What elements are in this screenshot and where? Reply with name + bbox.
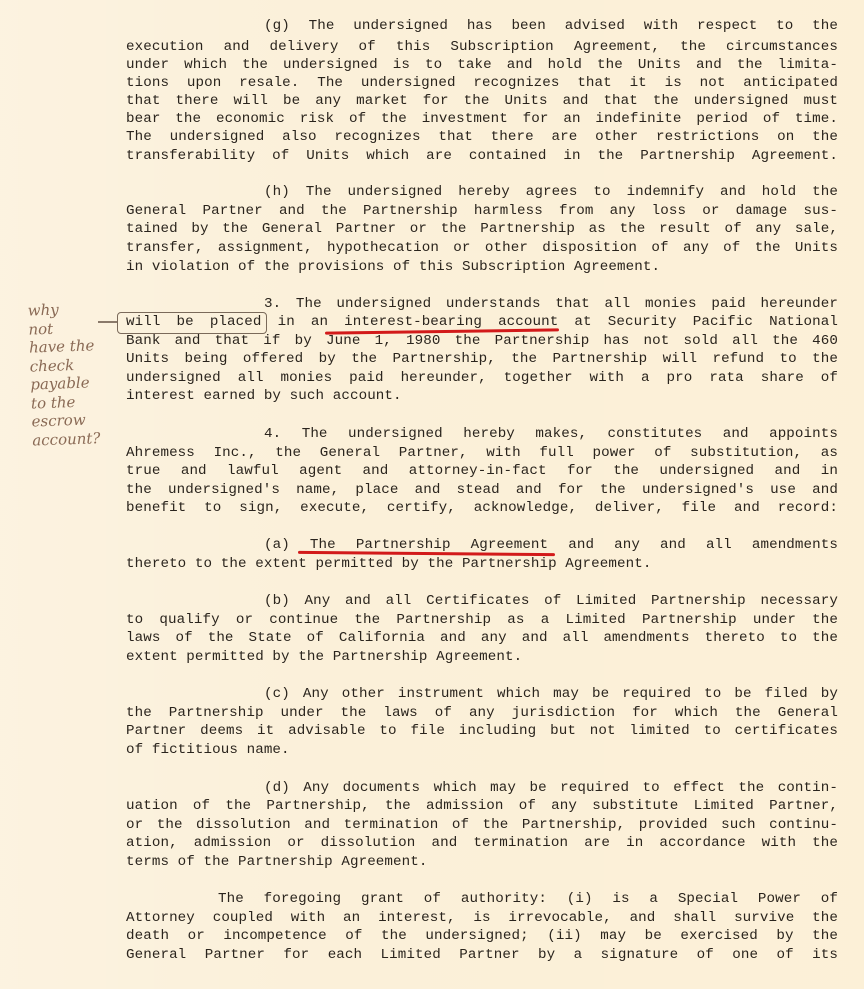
grant-of-authority-line: death or incompetence of the undersigned…: [126, 927, 838, 945]
clause-b-line: to qualify or continue the Partnership a…: [126, 611, 838, 629]
paragraph-g-line: transferability of Units which are conta…: [126, 147, 838, 165]
clause-c-line: Partner deems it advisable to file inclu…: [126, 722, 838, 740]
clause-c-line: the Partnership under the laws of any ju…: [126, 704, 838, 722]
clause-b-line: laws of the State of California and any …: [126, 629, 838, 647]
section-3-line: 3. The undersigned understands that all …: [264, 295, 838, 313]
clause-a-line: thereto to the extent permitted by the P…: [126, 555, 838, 573]
section-3-line: undersigned all monies paid hereunder, t…: [126, 369, 838, 387]
paragraph-h-line: General Partner and the Partnership harm…: [126, 202, 838, 220]
annotation-leader-line: [98, 321, 118, 323]
clause-b-line: (b) Any and all Certificates of Limited …: [264, 592, 838, 610]
paragraph-g-line: execution and delivery of this Subscript…: [126, 38, 838, 56]
clause-d-line: uation of the Partnership, the admission…: [126, 797, 838, 815]
paragraph-h-line: (h) The undersigned hereby agrees to ind…: [264, 183, 838, 201]
paragraph-g-line: tions upon resale. The undersigned recog…: [126, 74, 838, 92]
clause-d-line: (d) Any documents which may be required …: [264, 779, 838, 797]
paragraph-g-line: The undersigned also recognizes that the…: [126, 128, 838, 146]
paragraph-g-line: that there will be any market for the Un…: [126, 92, 838, 110]
clause-d-line: ation, admission or dissolution and term…: [126, 834, 838, 852]
clause-c-line: (c) Any other instrument which may be re…: [264, 685, 838, 703]
paragraph-g-line: bear the economic risk of the investment…: [126, 110, 838, 128]
section-4-line: true and lawful agent and attorney-in-fa…: [126, 462, 838, 480]
section-3-line: Units being offered by the Partnership, …: [126, 350, 838, 368]
clause-c-line: of fictitious name.: [126, 741, 838, 759]
section-3-line: Bank and that if by June 1, 1980 the Par…: [126, 332, 838, 350]
paragraph-h-line: tained by the General Partner or the Par…: [126, 220, 838, 238]
document-page: (g) The undersigned has been advised wit…: [0, 0, 864, 989]
grant-of-authority-line: The foregoing grant of authority: (i) is…: [218, 890, 838, 908]
section-4-line: the undersigned's name, place and stead …: [126, 481, 838, 499]
section-4-line: 4. The undersigned hereby makes, constit…: [264, 425, 838, 443]
grant-of-authority-line: Attorney coupled with an interest, is ir…: [126, 909, 838, 927]
clause-d-line: terms of the Partnership Agreement.: [126, 853, 838, 871]
section-4-line: benefit to sign, execute, certify, ackno…: [126, 499, 838, 517]
section-3-line: interest earned by such account.: [126, 387, 838, 405]
paragraph-g-line: (g) The undersigned has been advised wit…: [264, 17, 838, 35]
grant-of-authority-line: General Partner for each Limited Partner…: [126, 946, 838, 964]
boxed-phrase-mark: [117, 312, 267, 334]
paragraph-h-line: in violation of the provisions of this S…: [126, 258, 838, 276]
clause-d-line: or the dissolution and termination of th…: [126, 816, 838, 834]
paragraph-g-line: under which the undersigned is to take a…: [126, 56, 838, 74]
note-line: account?: [32, 428, 123, 450]
clause-b-line: extent permitted by the Partnership Agre…: [126, 648, 838, 666]
paragraph-h-line: transfer, assignment, hypothecation or o…: [126, 239, 838, 257]
section-4-line: Ahremess Inc., the General Partner, with…: [126, 444, 838, 462]
